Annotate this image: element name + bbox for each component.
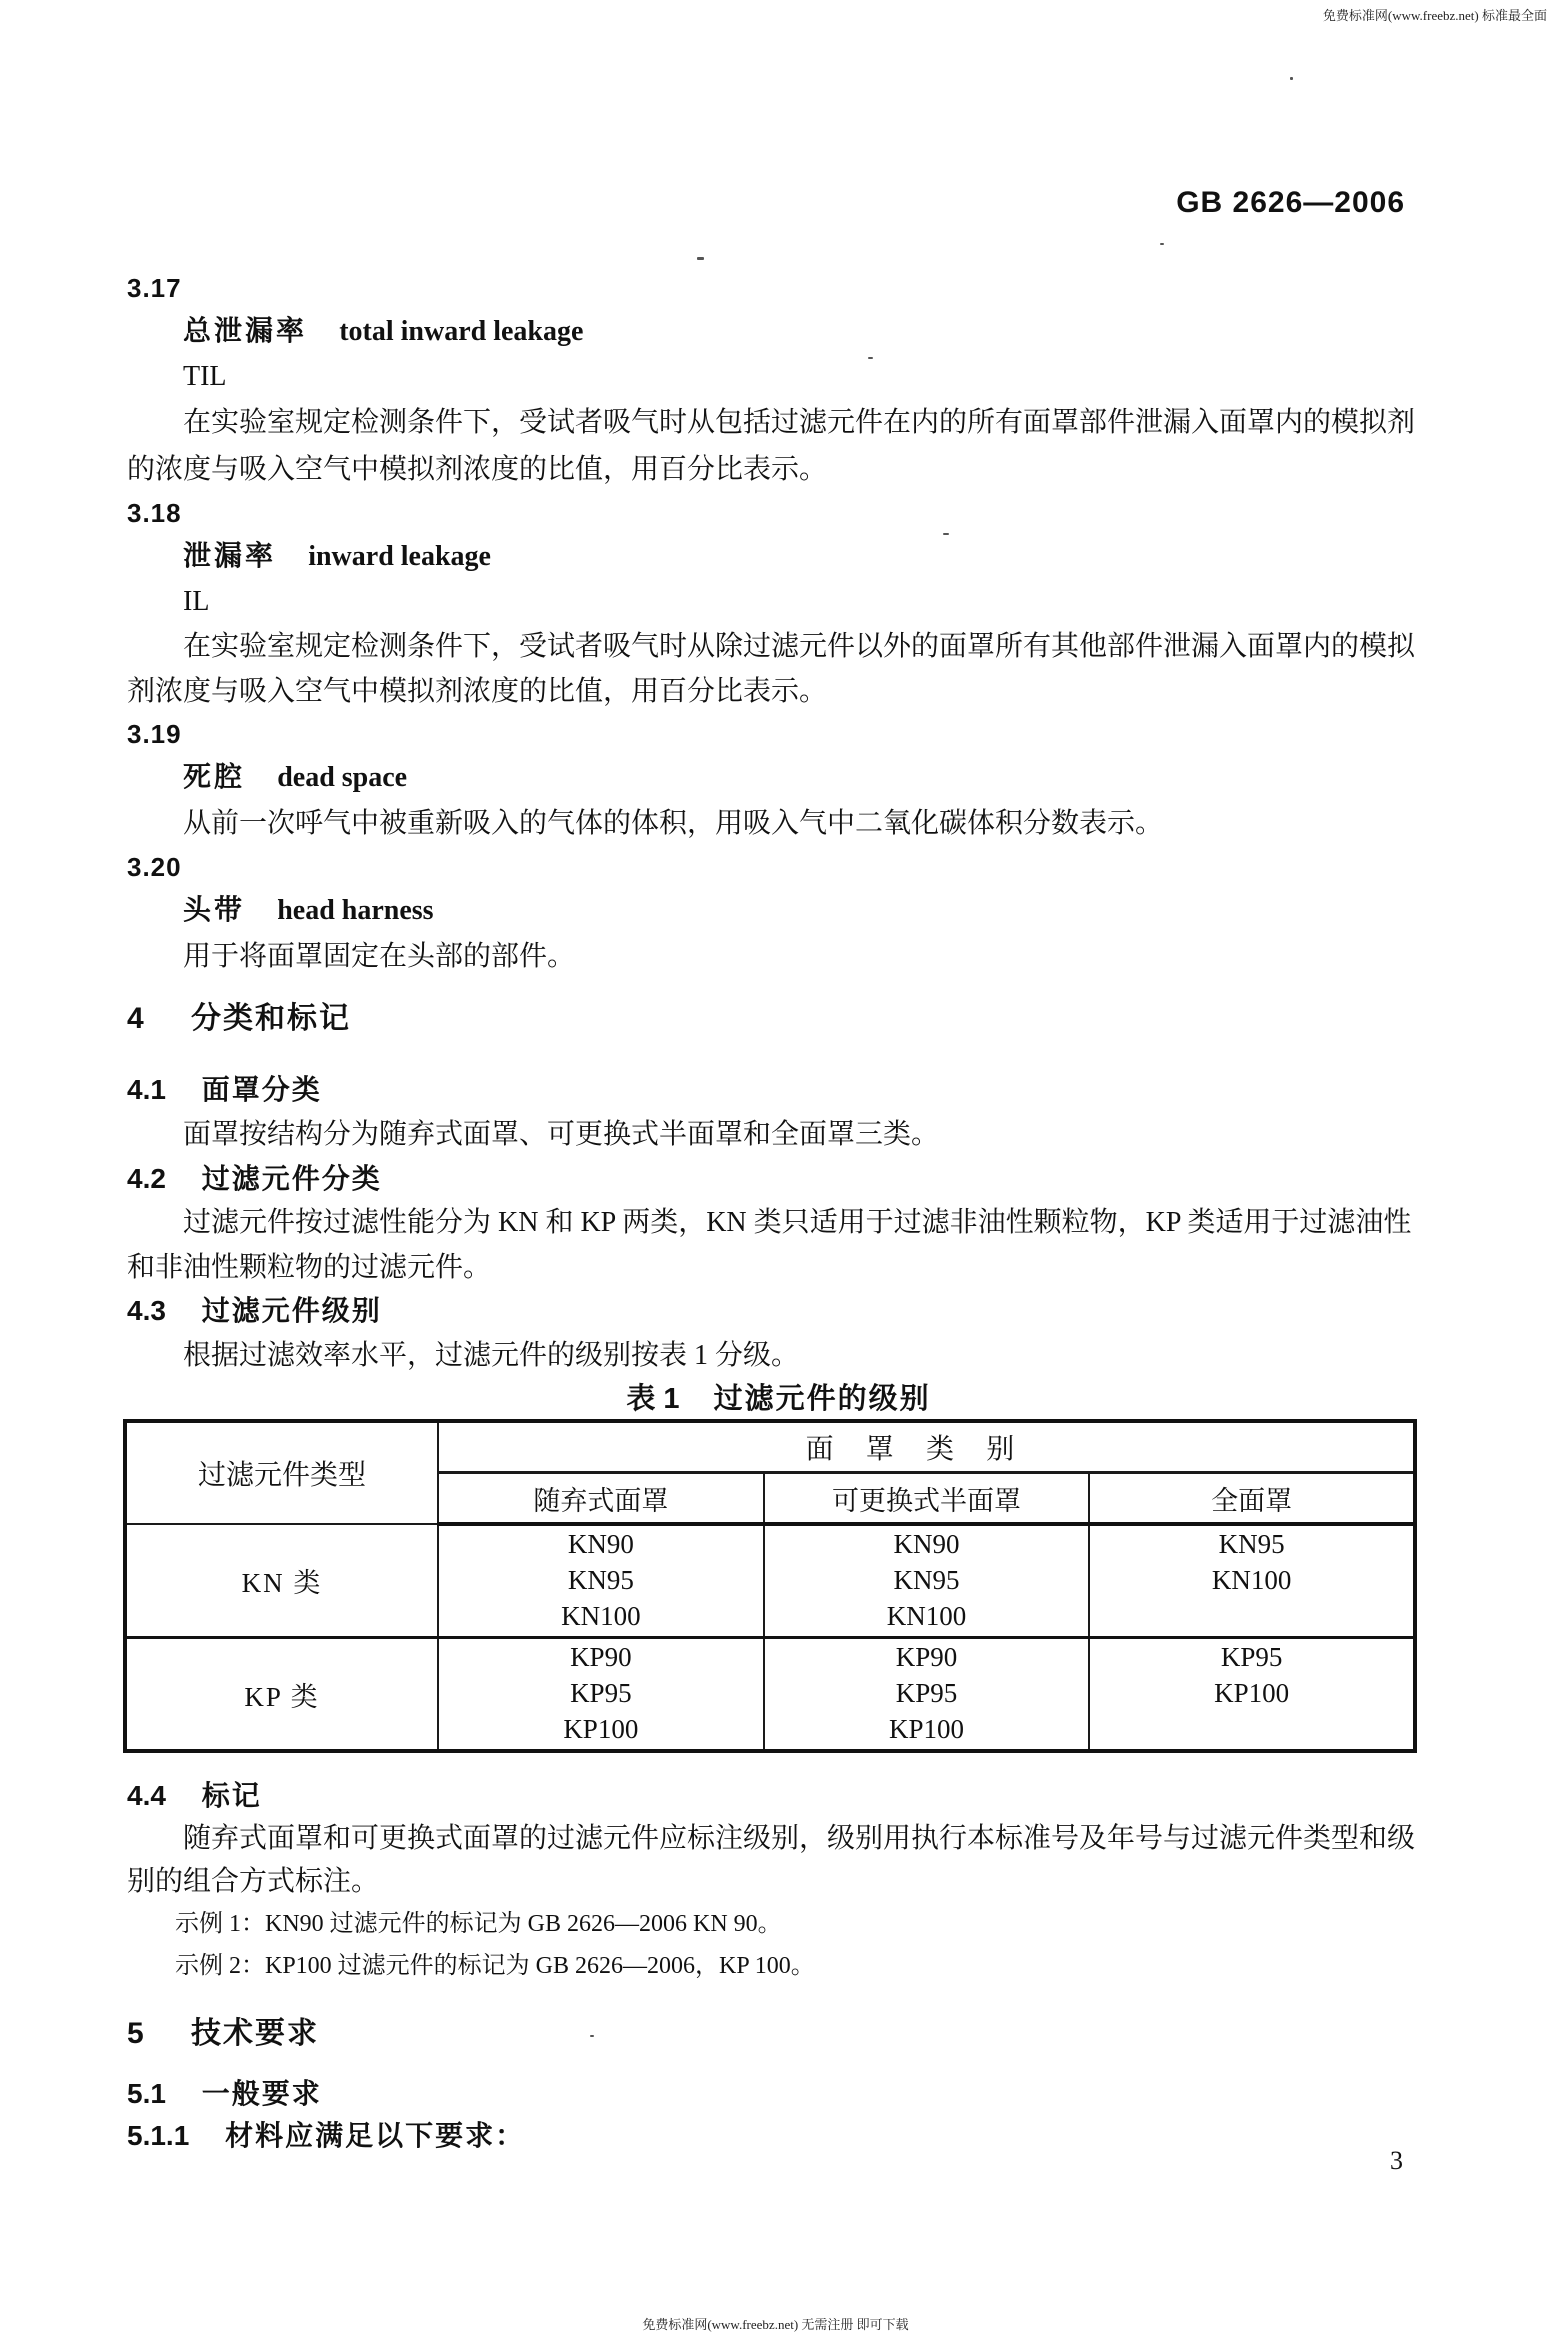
cell-kn-disposable: KN90 KN95 KN100 bbox=[438, 1524, 764, 1638]
cell-kn-full-face: KN95 KN100 bbox=[1089, 1524, 1415, 1638]
term-zh: 总泄漏率 bbox=[183, 315, 307, 346]
section-number: 4.3 bbox=[127, 1295, 166, 1326]
term-zh: 死腔 bbox=[183, 761, 245, 792]
section-number: 4.4 bbox=[127, 1780, 166, 1811]
watermark-bottom: 免费标准网(www.freebz.net) 无需注册 即可下载 bbox=[642, 2314, 908, 2333]
section-heading-5-1-1: 5.1.1 材料应满足以下要求： bbox=[127, 2115, 1430, 2157]
header-cell-full-face: 全面罩 bbox=[1089, 1473, 1415, 1525]
term-line-3-17: 总泄漏率 total inward leakage bbox=[127, 308, 1430, 354]
grade-value: KP95 bbox=[439, 1675, 763, 1711]
grade-value: KN100 bbox=[439, 1598, 763, 1634]
grade-value: KN100 bbox=[765, 1598, 1089, 1634]
section-title: 过滤元件分类 bbox=[202, 1163, 382, 1194]
cell-kp-replaceable-half: KP90 KP95 KP100 bbox=[764, 1638, 1090, 1752]
term-zh: 泄漏率 bbox=[183, 540, 276, 571]
header-cell-replaceable-half: 可更换式半面罩 bbox=[764, 1473, 1090, 1525]
section-body-4-2: 过滤元件按过滤性能分为 KN 和 KP 两类，KN 类只适用于过滤非油性颗粒物，… bbox=[127, 1200, 1430, 1290]
header-cell-filter-type: 过滤元件类型 bbox=[125, 1421, 438, 1524]
grade-value: KN95 bbox=[765, 1562, 1089, 1598]
grade-value: KP90 bbox=[439, 1639, 763, 1675]
section-number: 4.2 bbox=[127, 1163, 166, 1194]
grade-value: KN90 bbox=[439, 1526, 763, 1562]
section-heading-4-4: 4.4 标记 bbox=[127, 1775, 1430, 1817]
cell-kp-disposable: KP90 KP95 KP100 bbox=[438, 1638, 764, 1752]
section-body-4-1: 面罩按结构分为随弃式面罩、可更换式半面罩和全面罩三类。 bbox=[127, 1111, 1430, 1158]
table-row-kn: KN 类 KN90 KN95 KN100 KN90 KN95 KN100 KN9… bbox=[125, 1524, 1415, 1638]
scan-speck bbox=[1160, 243, 1164, 245]
clause-body-3-20: 用于将面罩固定在头部的部件。 bbox=[127, 933, 1430, 980]
page-number: 3 bbox=[1390, 2146, 1403, 2176]
clause-number-3-18: 3.18 bbox=[127, 493, 1430, 533]
clause-number-3-19: 3.19 bbox=[127, 714, 1430, 754]
section-number: 4 bbox=[127, 1002, 144, 1035]
term-en: dead space bbox=[277, 762, 407, 793]
grade-value: KP95 bbox=[765, 1675, 1089, 1711]
section-title: 一般要求 bbox=[202, 2078, 322, 2109]
filter-element-level-table: 过滤元件类型 面罩类别 随弃式面罩 可更换式半面罩 全面罩 KN 类 KN90 … bbox=[123, 1419, 1417, 1753]
grade-value: KP95 bbox=[1090, 1639, 1413, 1675]
term-en: inward leakage bbox=[308, 541, 491, 572]
section-body-4-3: 根据过滤效率水平，过滤元件的级别按表 1 分级。 bbox=[127, 1332, 1430, 1379]
section-title: 面罩分类 bbox=[202, 1074, 322, 1105]
document-page: 免费标准网(www.freebz.net) 标准最全面 GB 2626—2006… bbox=[0, 0, 1551, 2337]
grade-value: KN95 bbox=[1090, 1526, 1413, 1562]
section-body-4-4: 随弃式面罩和可更换式面罩的过滤元件应标注级别，级别用执行本标准号及年号与过滤元件… bbox=[127, 1817, 1430, 1903]
table-caption: 表 1 过滤元件的级别 bbox=[127, 1379, 1430, 1419]
scan-speck bbox=[697, 257, 704, 260]
term-en: total inward leakage bbox=[339, 316, 583, 347]
clause-body-3-19: 从前一次呼气中被重新吸入的气体的体积，用吸入气中二氧化碳体积分数表示。 bbox=[127, 800, 1430, 847]
term-line-3-20: 头带 head harness bbox=[127, 887, 1430, 933]
clause-body-3-18: 在实验室规定检测条件下，受试者吸气时从除过滤元件以外的面罩所有其他部件泄漏入面罩… bbox=[127, 624, 1430, 714]
section-heading-5: 5 技术要求 bbox=[127, 2012, 1430, 2056]
term-line-3-19: 死腔 dead space bbox=[127, 754, 1430, 800]
grade-value: KN90 bbox=[765, 1526, 1089, 1562]
grade-value: KP100 bbox=[1090, 1675, 1413, 1711]
section-heading-4-2: 4.2 过滤元件分类 bbox=[127, 1158, 1430, 1200]
term-abbr: TIL bbox=[127, 354, 1430, 399]
section-number: 5.1 bbox=[127, 2078, 166, 2109]
example-2: 示例 2：KP100 过滤元件的标记为 GB 2626—2006，KP 100。 bbox=[127, 1945, 1430, 1987]
grade-value: KN100 bbox=[1090, 1562, 1413, 1598]
header-cell-mask-category: 面罩类别 bbox=[438, 1421, 1415, 1473]
clause-number-3-17: 3.17 bbox=[127, 268, 1430, 308]
header-cell-disposable: 随弃式面罩 bbox=[438, 1473, 764, 1525]
table-header-row-1: 过滤元件类型 面罩类别 bbox=[125, 1421, 1415, 1473]
section-title: 材料应满足以下要求： bbox=[225, 2120, 525, 2151]
section-heading-5-1: 5.1 一般要求 bbox=[127, 2073, 1430, 2115]
term-line-3-18: 泄漏率 inward leakage bbox=[127, 533, 1430, 579]
section-number: 5.1.1 bbox=[127, 2120, 189, 2151]
section-heading-4: 4 分类和标记 bbox=[127, 997, 1430, 1041]
section-heading-4-1: 4.1 面罩分类 bbox=[127, 1069, 1430, 1111]
watermark-top: 免费标准网(www.freebz.net) 标准最全面 bbox=[1323, 5, 1547, 24]
table-caption-title: 过滤元件的级别 bbox=[714, 1383, 931, 1415]
section-number: 4.1 bbox=[127, 1074, 166, 1105]
grade-value: KN95 bbox=[439, 1562, 763, 1598]
example-1: 示例 1：KN90 过滤元件的标记为 GB 2626—2006 KN 90。 bbox=[127, 1903, 1430, 1945]
cell-kp-type: KP 类 bbox=[125, 1638, 438, 1752]
term-en: head harness bbox=[277, 895, 433, 926]
cell-kn-type: KN 类 bbox=[125, 1524, 438, 1638]
clause-number-3-20: 3.20 bbox=[127, 847, 1430, 887]
table-caption-label: 表 1 bbox=[626, 1383, 679, 1415]
cell-kp-full-face: KP95 KP100 bbox=[1089, 1638, 1415, 1752]
table-row-kp: KP 类 KP90 KP95 KP100 KP90 KP95 KP100 KP9… bbox=[125, 1638, 1415, 1752]
scan-speck bbox=[1290, 77, 1293, 80]
section-title: 过滤元件级别 bbox=[202, 1295, 382, 1326]
doc-number: GB 2626—2006 bbox=[1176, 186, 1405, 220]
term-abbr: IL bbox=[127, 579, 1430, 624]
section-title: 分类和标记 bbox=[191, 1002, 351, 1035]
document-content: 3.17 总泄漏率 total inward leakage TIL 在实验室规… bbox=[127, 268, 1430, 2157]
section-number: 5 bbox=[127, 2017, 144, 2050]
grade-value: KP100 bbox=[439, 1711, 763, 1747]
section-title: 技术要求 bbox=[191, 2017, 319, 2050]
grade-value: KP100 bbox=[765, 1711, 1089, 1747]
cell-kn-replaceable-half: KN90 KN95 KN100 bbox=[764, 1524, 1090, 1638]
section-title: 标记 bbox=[202, 1780, 262, 1811]
section-heading-4-3: 4.3 过滤元件级别 bbox=[127, 1290, 1430, 1332]
term-zh: 头带 bbox=[183, 894, 245, 925]
grade-value: KP90 bbox=[765, 1639, 1089, 1675]
clause-body-3-17: 在实验室规定检测条件下，受试者吸气时从包括过滤元件在内的所有面罩部件泄漏入面罩内… bbox=[127, 399, 1430, 493]
